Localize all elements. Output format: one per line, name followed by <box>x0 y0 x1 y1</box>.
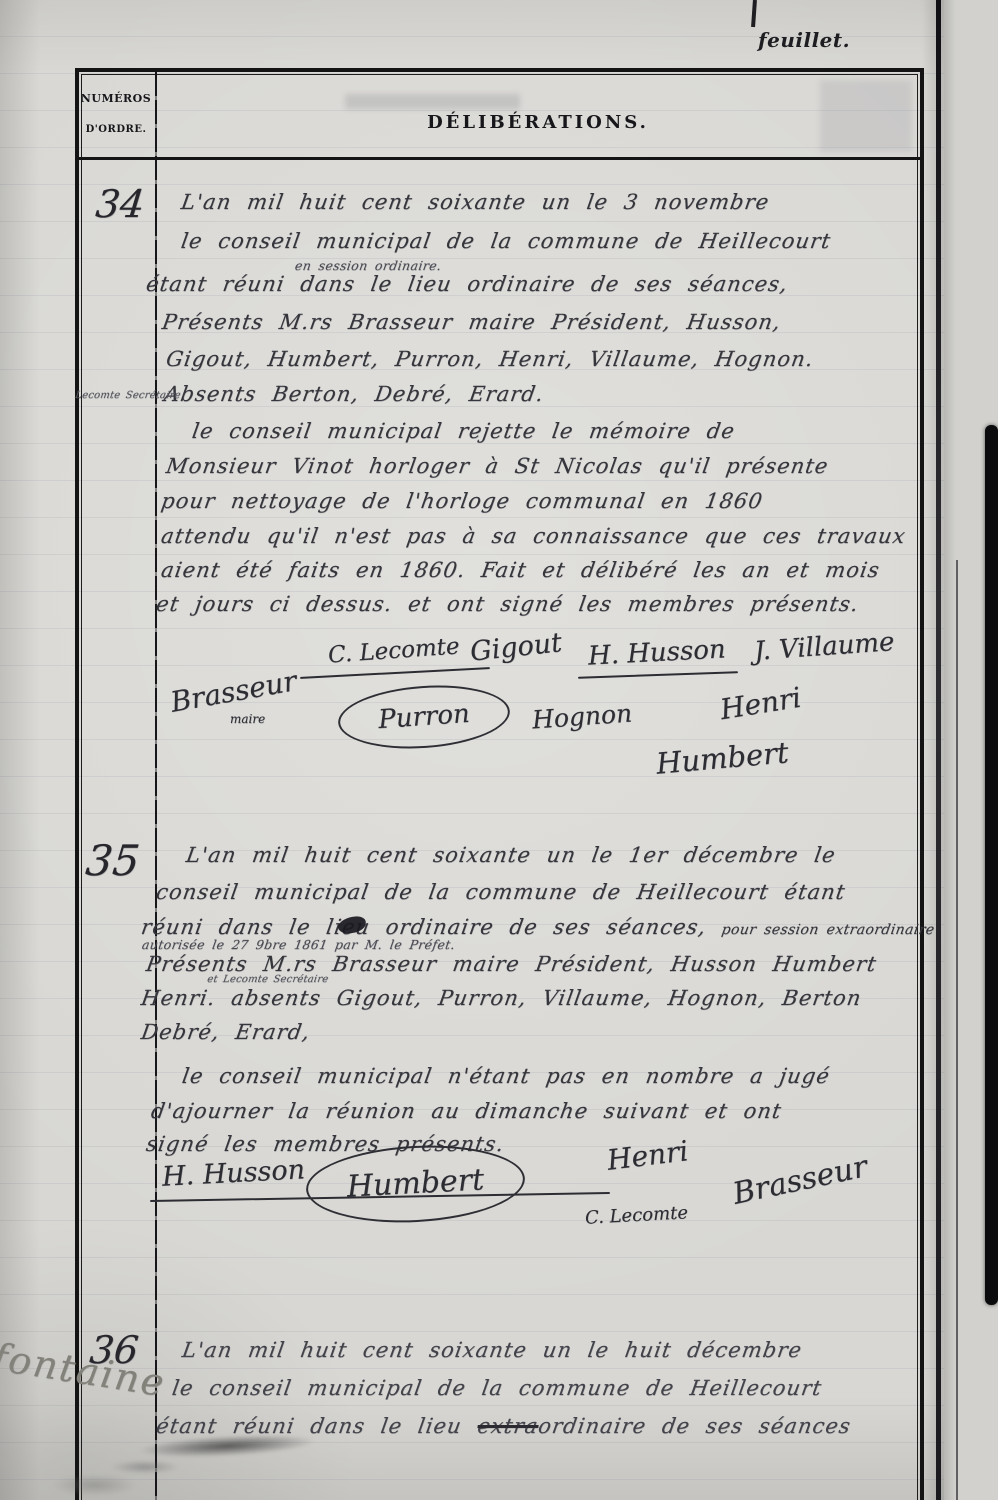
folio-label: feuillet. <box>758 28 850 52</box>
entry-line: Henri. absents Gigout, Purron, Villaume,… <box>140 988 864 1009</box>
signature: Purron <box>377 701 470 733</box>
scanned-register-page: { "folio_label": "feuillet.", "table_hea… <box>0 0 998 1500</box>
entry-line: attendu qu'il n'est pas à sa connaissanc… <box>160 526 908 547</box>
signature: Humbert <box>346 1165 485 1202</box>
interline-insertion: et Lecomte Secrétaire <box>206 975 329 985</box>
entry-number: 34 <box>94 182 147 226</box>
entry-line: L'an mil huit cent soixante un le 1er dé… <box>185 845 838 866</box>
entry-line: L'an mil huit cent soixante un le huit d… <box>181 1340 804 1361</box>
interline-insertion: en session ordinaire. <box>294 260 442 273</box>
entry-line: Présents M.rs Brasseur maire Président, … <box>161 312 783 333</box>
entry-number: 35 <box>83 836 142 885</box>
entry-line-text: réuni dans le lieu ordinaire de ses séan… <box>140 915 709 939</box>
page-fold-line <box>956 560 958 1500</box>
signature: Hognon <box>531 701 633 733</box>
deliberations-header: DÉLIBÉRATIONS. <box>160 112 916 133</box>
margin-note: Lecomte Secrétaire <box>74 391 181 401</box>
entry-line: le conseil municipal rejette le mémoire … <box>191 421 737 442</box>
entry-line: le conseil municipal de la commune de He… <box>180 231 833 252</box>
pencil-smudge <box>110 1460 180 1474</box>
signature-sublabel: maire <box>230 713 265 725</box>
order-column-header-line1: NUMÉROS <box>78 92 154 105</box>
order-column-header-line2: D'ORDRE. <box>78 124 154 135</box>
entry-line: Debré, Erard, <box>140 1022 312 1043</box>
entry-line: Présents M.rs Brasseur maire Président, … <box>145 954 879 975</box>
entry-line: aient été faits en 1860. Fait et délibér… <box>160 560 882 581</box>
session-note: pour session extraordinaire <box>720 922 935 938</box>
interline-insertion: autorisée le 27 9bre 1861 par M. le Préf… <box>141 939 456 952</box>
entry-line: et jours ci dessus. et ont signé les mem… <box>155 594 861 615</box>
page-tear-mark <box>751 0 757 27</box>
entry-line-text: étant réuni dans le lieu <box>155 1414 480 1438</box>
entry-line: étant réuni dans le lieu ordinaire de se… <box>145 274 790 295</box>
signature: H. Husson <box>587 636 726 669</box>
entry-line: Absents Berton, Debré, Erard. <box>163 384 546 405</box>
entry-line-text: ordinaire de ses séances <box>537 1414 853 1438</box>
entry-line: pour nettoyage de l'horloge communal en … <box>160 491 765 512</box>
entry-line: étant réuni dans le lieu extraordinaire … <box>155 1416 853 1437</box>
entry-line: le conseil municipal n'étant pas en nomb… <box>181 1066 832 1087</box>
signature: H. Husson <box>161 1156 305 1190</box>
binding-shadow-band <box>985 425 998 1305</box>
entry-line: Monsieur Vinot horloger à St Nicolas qu'… <box>165 456 830 477</box>
entry-line: réuni dans le lieu ordinaire de ses séan… <box>140 917 937 938</box>
entry-line: d'ajourner la réunion au dimanche suivan… <box>150 1101 784 1122</box>
entry-line: Gigout, Humbert, Purron, Henri, Villaume… <box>165 349 816 370</box>
entry-line: le conseil municipal de la commune de He… <box>171 1378 824 1399</box>
page-fold-line <box>936 0 941 1500</box>
entry-line: conseil municipal de la commune de Heill… <box>155 882 847 903</box>
pencil-smudge <box>52 1474 137 1496</box>
header-underline <box>79 157 920 160</box>
entry-line: L'an mil huit cent soixante un le 3 nove… <box>180 192 771 213</box>
struck-word: extra <box>476 1414 541 1438</box>
